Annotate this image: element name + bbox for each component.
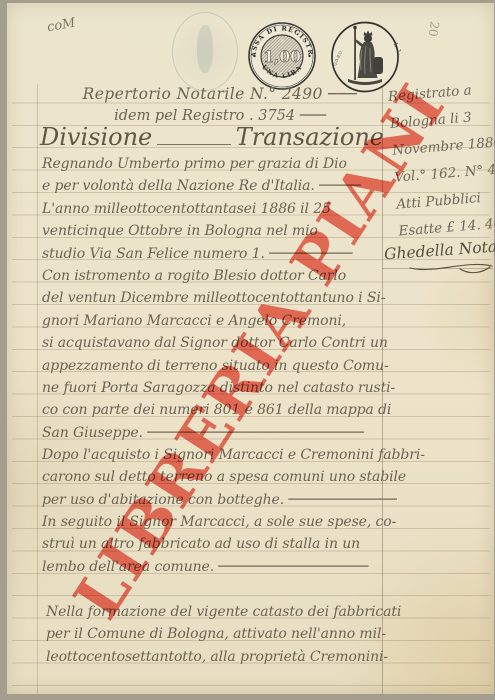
document-scan: { "watermark": { "text": "LIBRERIA PIANI… xyxy=(0,0,495,700)
embossed-seal xyxy=(172,12,238,91)
svg-text:D: D xyxy=(280,72,284,78)
signature-flourish-icon xyxy=(408,259,494,275)
division-word: Divisione xyxy=(40,123,152,151)
svg-text:1,00: 1,00 xyxy=(263,47,301,66)
pencil-note-top-right: 20 xyxy=(425,20,441,37)
division-blank-rule xyxy=(157,143,230,145)
left-margin-rule xyxy=(37,84,38,695)
repertorio-line: Repertorio Notarile N.° 2490 ─── xyxy=(70,85,370,103)
division-row: Divisione Transazione xyxy=(40,123,384,151)
registro-line: idem pel Registro . 3754 ─── xyxy=(90,108,350,124)
registry-tax-stamp-icon: TASSA DI REGISTRO UNA LIRA D D 1,00 xyxy=(247,21,317,91)
svg-text:D: D xyxy=(280,39,284,45)
manuscript-line: leottocentosettantotto, alla proprietà C… xyxy=(46,646,388,668)
embossed-seal-figure xyxy=(197,25,213,73)
